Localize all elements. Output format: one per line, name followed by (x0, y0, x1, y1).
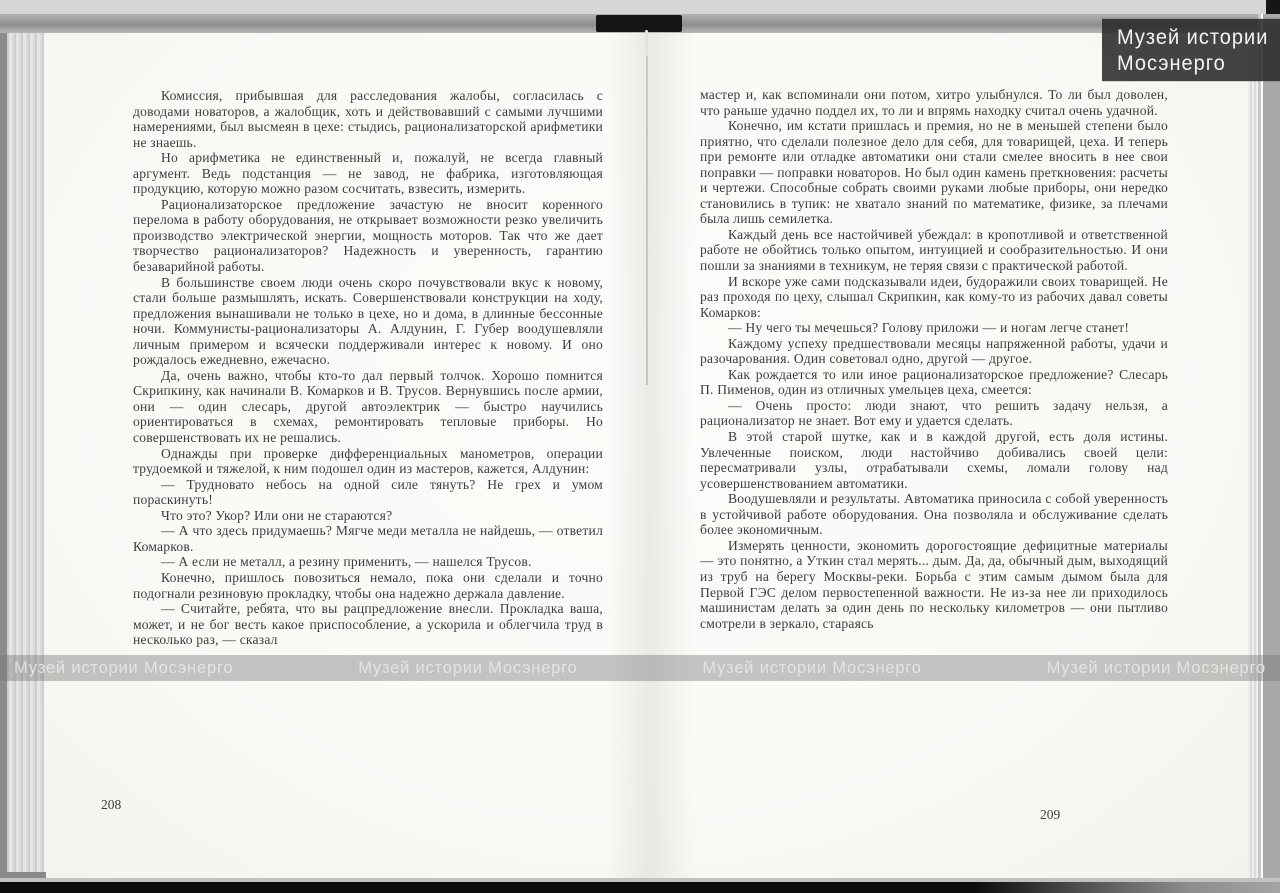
museum-watermark-line1: Музей истории (1117, 25, 1280, 51)
paragraph: — Трудновато небось на одной силе тянуть… (133, 477, 603, 508)
paragraph: Однажды при проверке дифференциальных ма… (133, 446, 603, 477)
binding-thread-tail (645, 30, 648, 56)
paragraph: Измерять ценности, экономить дорогостоящ… (700, 538, 1168, 631)
paragraph: Воодушевляли и результаты. Автоматика пр… (700, 491, 1168, 538)
paragraph: В большинстве своем люди очень скоро поч… (133, 275, 603, 368)
paragraph: Как рождается то или иное рационализатор… (700, 367, 1168, 398)
watermark-band: Музей истории Мосэнерго Музей истории Мо… (0, 655, 1280, 681)
left-cover-edge (0, 33, 7, 878)
paragraph: — Считайте, ребята, что вы рацпредложени… (133, 601, 603, 648)
paragraph: Комиссия, прибывшая для расследования жа… (133, 88, 603, 150)
right-cover-edge (1258, 14, 1280, 881)
paragraph: Что это? Укор? Или они не стараются? (133, 508, 603, 524)
paragraph: Но арифметика не единственный и, пожалуй… (133, 150, 603, 197)
paragraph: — Очень просто: люди знают, что решить з… (700, 398, 1168, 429)
paragraph: Рационализаторское предложение зачастую … (133, 197, 603, 275)
watermark-band-text: Музей истории Мосэнерго (1047, 659, 1266, 678)
page-gutter-shadow (606, 33, 694, 881)
paragraph: Конечно, пришлось повозиться немало, пок… (133, 570, 603, 601)
paragraph: Да, очень важно, чтобы кто-то дал первый… (133, 368, 603, 446)
watermark-band-text: Музей истории Мосэнерго (14, 659, 233, 678)
right-page-edge-stack (1248, 33, 1258, 881)
right-page-text: мастер и, как вспоминали они потом, хитр… (700, 87, 1168, 631)
binding-thread (646, 33, 648, 385)
paragraph: — Ну чего ты мечешься? Голову приложи — … (700, 320, 1168, 336)
museum-watermark-line2: Мосэнерго (1117, 51, 1280, 77)
bottom-scan-band (0, 882, 1280, 893)
paragraph: Каждому успеху предшествовали месяцы нап… (700, 336, 1168, 367)
paragraph: Конечно, им кстати пришлась и премия, но… (700, 118, 1168, 227)
left-page-number: 208 (101, 797, 121, 813)
watermark-band-text: Музей истории Мосэнерго (702, 659, 921, 678)
binding-tape-patch (596, 15, 682, 32)
paragraph: И вскоре уже сами подсказывали идеи, буд… (700, 274, 1168, 321)
paragraph: В этой старой шутке, как и в каждой друг… (700, 429, 1168, 491)
paragraph: — А если не металл, а резину применить, … (133, 554, 603, 570)
paragraph: мастер и, как вспоминали они потом, хитр… (700, 87, 1168, 118)
left-page-text: Комиссия, прибывшая для расследования жа… (133, 88, 603, 648)
paragraph: Каждый день все настойчивей убеждал: в к… (700, 227, 1168, 274)
museum-watermark-label: Музей истории Мосэнерго (1102, 19, 1280, 81)
paragraph: — А что здесь придумаешь? Мягче меди мет… (133, 523, 603, 554)
right-page-number: 209 (1040, 807, 1060, 823)
watermark-band-text: Музей истории Мосэнерго (358, 659, 577, 678)
